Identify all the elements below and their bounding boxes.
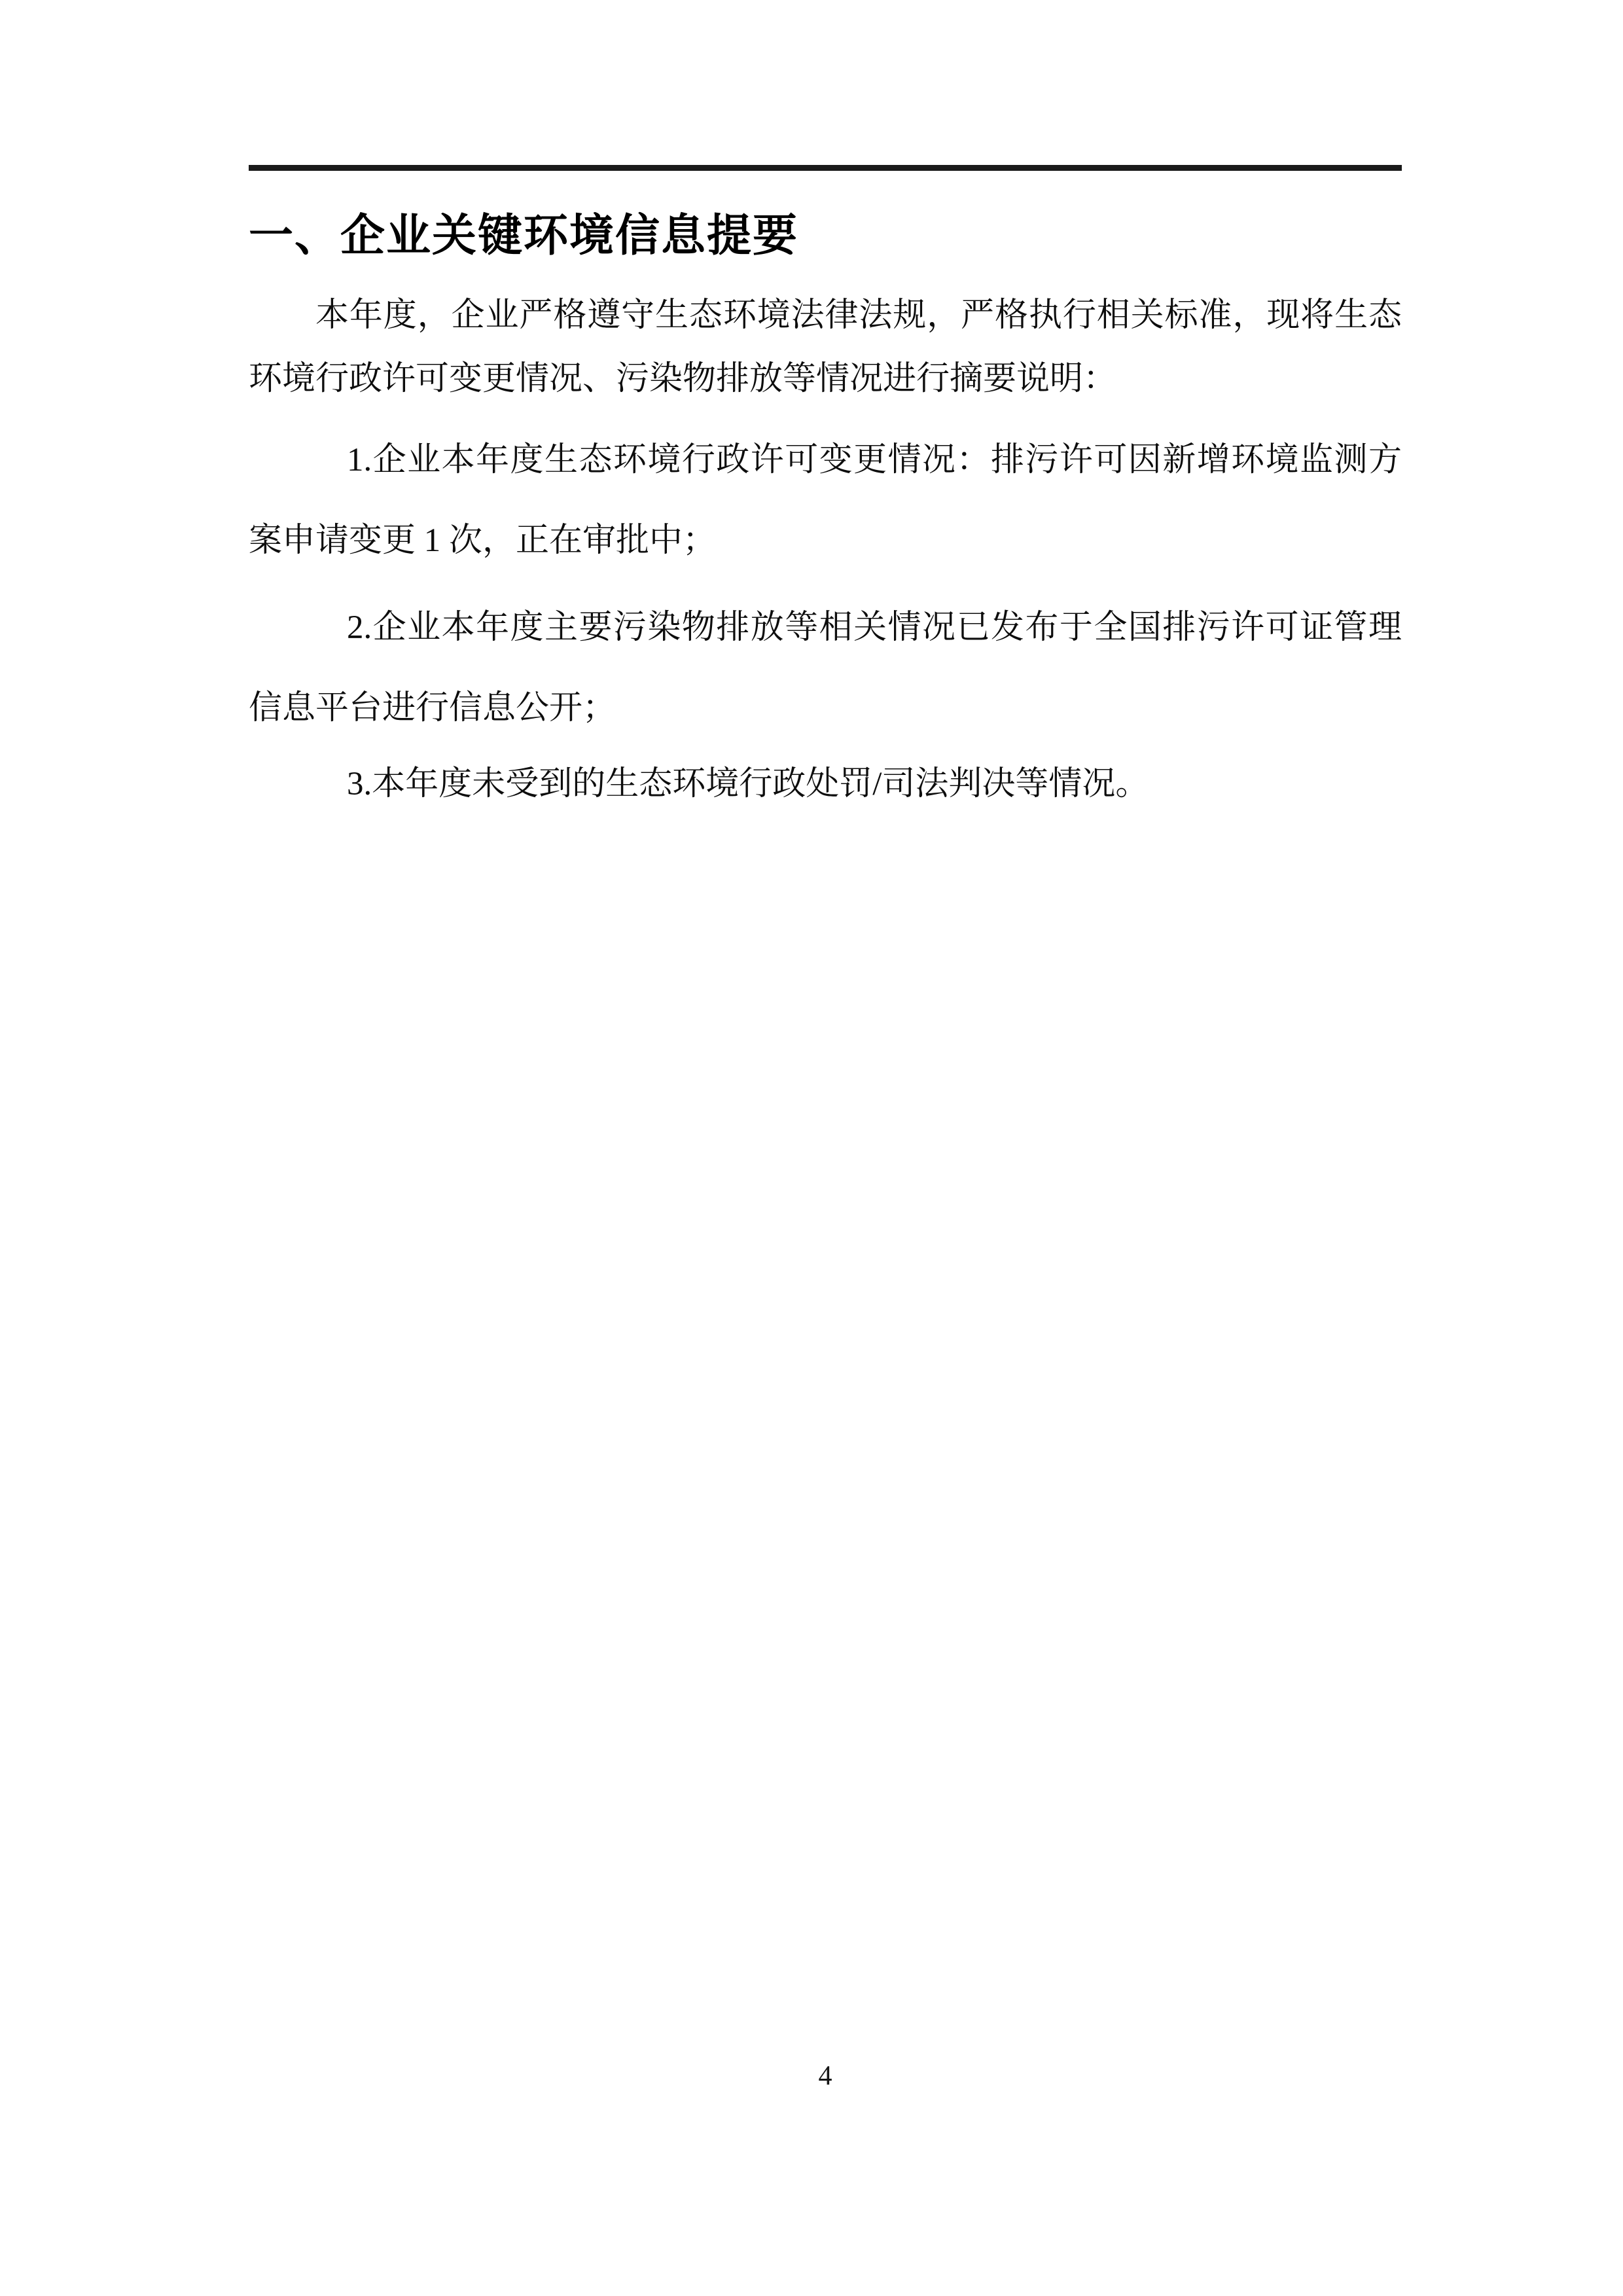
intro-paragraph: 本年度，企业严格遵守生态环境法律法规，严格执行相关标准，现将生态环境行政许可变更… [249,284,1402,411]
section-heading: 一、企业关键环境信息提要 [249,207,1402,264]
list-item-1: 1.企业本年度生态环境行政许可变更情况：排污许可因新增环境监测方案申请变更 1 … [249,420,1402,581]
list-item-3: 3.本年度未受到的生态环境行政处罚/司法判决等情况。 [249,753,1402,816]
header-divider-rule [249,165,1402,171]
text-column: 一、企业关键环境信息提要 本年度，企业严格遵守生态环境法律法规，严格执行相关标准… [0,165,1623,816]
list-item-2: 2.企业本年度主要污染物排放等相关情况已发布于全国排污许可证管理信息平台进行信息… [249,588,1402,749]
document-page: 一、企业关键环境信息提要 本年度，企业严格遵守生态环境法律法规，严格执行相关标准… [0,0,1623,2296]
page-number: 4 [249,2059,1402,2093]
